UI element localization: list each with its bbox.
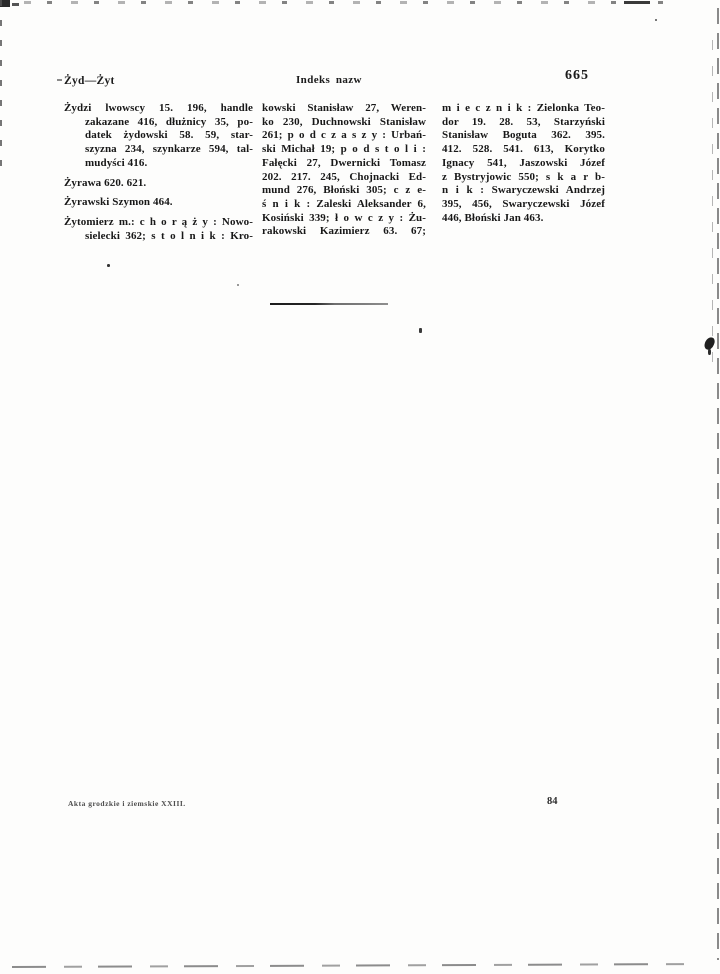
running-head-section: Żyd—Żyt (64, 75, 115, 87)
index-line: dor 19. 28. 53, Starzyński (442, 116, 605, 130)
index-line: ski Michał 19; p o d s t o l i : (262, 143, 426, 157)
footer-sheet-number: 84 (547, 796, 558, 807)
index-line: Żyrawa 620. 621. (64, 177, 253, 191)
index-line: Ignacy 541, Jaszowski Józef (442, 157, 605, 171)
scan-artifact-top-dash (624, 1, 650, 4)
index-line: zakazane 416, dłużnicy 35, po- (64, 116, 253, 130)
index-line: szyzna 234, szynkarze 594, tal- (64, 143, 253, 157)
index-line: z Bystryjowic 550; s k a r b- (442, 171, 605, 185)
index-column-3: m i e c z n i k : Zielonka Teo- dor 19. … (442, 102, 605, 225)
index-line: 395, 456, Swaryczewski Józef (442, 198, 605, 212)
index-line: datek żydowski 58. 59, star- (64, 129, 253, 143)
index-line: n i k : Swaryczewski Andrzej (442, 184, 605, 198)
index-line: m i e c z n i k : Zielonka Teo- (442, 102, 605, 116)
scan-artifact-speck (107, 264, 110, 267)
index-line: ko 230, Duchnowski Stanisław (262, 116, 426, 130)
footer-series-signature: Akta grodzkie i ziemskie XXIII. (68, 799, 186, 808)
index-line: Fałęcki 27, Dwernicki Tomasz (262, 157, 426, 171)
index-column-1: Żydzi lwowscy 15. 196, handle zakazane 4… (64, 102, 253, 243)
scan-artifact-bottom-edge (12, 963, 684, 968)
scan-artifact-speck (655, 19, 657, 21)
scan-artifact-left-edge (0, 0, 2, 170)
scan-artifact-top-edge (0, 1, 664, 4)
page-number: 665 (565, 68, 589, 84)
scan-artifact-speck (237, 284, 239, 286)
scan-artifact-corner (12, 3, 19, 6)
index-line: 446, Błoński Jan 463. (442, 212, 605, 226)
scan-artifact-ink-blob (708, 349, 711, 355)
index-line: ś n i k : Zaleski Aleksander 6, (262, 198, 426, 212)
scanned-book-page: Żyd—Żyt Indeks nazw 665 Żydzi lwowscy 15… (0, 0, 720, 974)
index-line: Kosiński 339; ł o w c z y : Żu- (262, 212, 426, 226)
index-line: rakowski Kazimierz 63. 67; (262, 225, 426, 239)
scan-artifact-right-edge (717, 8, 719, 960)
index-line: Żydzi lwowscy 15. 196, handle (64, 102, 253, 116)
scan-artifact-tick (57, 79, 62, 81)
index-line: Żyrawski Szymon 464. (64, 196, 253, 210)
scan-artifact-speck (419, 328, 422, 333)
scan-artifact-right-edge (712, 40, 713, 370)
separator-rule (270, 303, 388, 305)
index-line: mund 276, Błoński 305; c z e- (262, 184, 426, 198)
index-line: Stanisław Boguta 362. 395. (442, 129, 605, 143)
page-title: Indeks nazw (296, 74, 362, 86)
index-line: kowski Stanisław 27, Weren- (262, 102, 426, 116)
index-line: sielecki 362; s t o l n i k : Kro- (64, 230, 253, 244)
index-column-2: kowski Stanisław 27, Weren- ko 230, Duch… (262, 102, 426, 239)
index-line: Żytomierz m.: c h o r ą ż y : Nowo- (64, 216, 253, 230)
index-line: 412. 528. 541. 613, Korytko (442, 143, 605, 157)
index-line: mudyści 416. (64, 157, 253, 171)
index-line: 261; p o d c z a s z y : Urbań- (262, 129, 426, 143)
index-line: 202. 217. 245, Chojnacki Ed- (262, 171, 426, 185)
